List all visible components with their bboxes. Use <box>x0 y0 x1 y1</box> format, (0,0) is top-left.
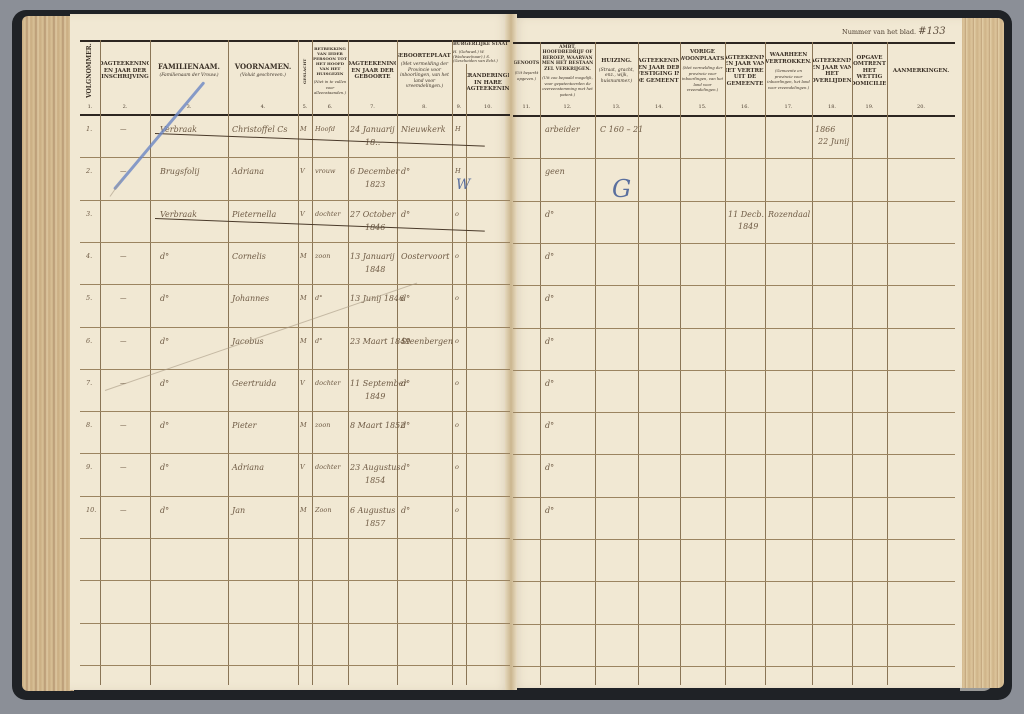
header-col-15: VORIGE WOONPLAATS.(Met vermelding der pr… <box>681 42 724 100</box>
row-line <box>80 242 510 243</box>
col-line <box>150 40 151 685</box>
col-line <box>298 40 299 685</box>
row-line <box>80 538 510 539</box>
colnum: 3. <box>152 104 226 110</box>
header-col-10: VERANDERINGEN IN HARE DAGTEEKENING <box>467 66 509 100</box>
cell-c2: — <box>120 506 127 514</box>
row-line <box>80 665 510 666</box>
cell-c8: d° <box>401 379 410 388</box>
col-line <box>725 42 726 685</box>
row-line <box>513 666 955 667</box>
col-line <box>452 40 453 685</box>
col-line <box>680 42 681 685</box>
header-col-17: WAARHEEN VERTROKKEN.(Gemeente en provinc… <box>766 42 811 100</box>
header-col-14: DAGTEEKENING EN JAAR DER VESTIGING IN DE… <box>639 42 679 100</box>
cell-c7b: 1854 <box>365 476 385 485</box>
colnum: 20. <box>888 104 954 110</box>
cell-c4: Jan <box>232 506 245 515</box>
header-col-11: KERKGENOOTSCHAP.(Uit beperkt opgeven.) <box>514 42 539 100</box>
colnum: 9. <box>453 104 465 110</box>
cell-c9: H <box>455 167 461 175</box>
page-edges-left <box>22 16 74 691</box>
cell-c2: — <box>120 421 127 429</box>
cell-nr: 7. <box>86 379 92 387</box>
page-number-value: #133 <box>918 26 945 37</box>
cell-c17: Rozendaal <box>768 210 810 219</box>
cell-c3: d° <box>160 379 169 388</box>
colnum: 12. <box>541 104 594 110</box>
row-line <box>513 581 955 582</box>
col-line <box>812 42 813 685</box>
row-line <box>513 328 955 329</box>
cell-c9: o <box>455 463 459 471</box>
cell-c9: o <box>455 379 459 387</box>
cell-c9: H <box>455 125 461 133</box>
row-line <box>80 369 510 370</box>
cell-c5: V <box>300 210 305 218</box>
cell-c4: Pieternella <box>232 210 276 219</box>
cell-c16b: 1849 <box>738 222 758 231</box>
cell-c7a: 27 October <box>350 210 395 219</box>
cell-c8: d° <box>401 167 410 176</box>
header-col-20: AANMERKINGEN. <box>888 42 954 100</box>
cell-c7b: 1857 <box>365 519 385 528</box>
row-line <box>80 200 510 201</box>
cell-c8: d° <box>401 294 410 303</box>
col-line <box>595 42 596 685</box>
cell-c8: Steenbergen <box>401 337 453 346</box>
row-line <box>80 623 510 624</box>
cell-c6: d° <box>315 337 322 345</box>
cell-c4: Pieter <box>232 421 256 430</box>
row-line <box>80 411 510 412</box>
cell-c12: d° <box>545 337 554 346</box>
cell-c7b: 1848 <box>365 265 385 274</box>
cell-c7b: 1823 <box>365 180 385 189</box>
colnum: 19. <box>853 104 886 110</box>
colnum: 11. <box>514 104 539 110</box>
cell-nr: 8. <box>86 421 92 429</box>
row-line <box>80 580 510 581</box>
cell-c8: d° <box>401 421 410 430</box>
header-col-16: DAGTEEKENING EN JAAR VAN HET VERTREK UIT… <box>726 42 764 100</box>
row-line <box>80 284 510 285</box>
col-line <box>100 40 101 685</box>
cell-c5: V <box>300 463 305 471</box>
row-line <box>513 539 955 540</box>
colnum: 7. <box>349 104 396 110</box>
colnum: 14. <box>639 104 679 110</box>
cell-c12: d° <box>545 421 554 430</box>
cell-nr: 9. <box>86 463 92 471</box>
row-line <box>513 370 955 371</box>
cell-c2: — <box>120 294 127 302</box>
colnum: 18. <box>813 104 851 110</box>
cell-c2: — <box>120 125 127 133</box>
cell-c6: zoon <box>315 252 330 260</box>
row-line <box>80 157 510 158</box>
cell-c12: geen <box>545 167 565 176</box>
page-number-label: Nummer van het blad. <box>842 28 916 36</box>
cell-c6: dochter <box>315 210 340 218</box>
cell-nr: 10. <box>86 506 96 514</box>
row-line <box>513 497 955 498</box>
right-page <box>510 18 962 688</box>
cell-c8: d° <box>401 210 410 219</box>
row-line <box>513 201 955 202</box>
cell-nr: 4. <box>86 252 92 260</box>
header-col-6: BETREKKING VAN IEDER PERSOON TOT HET HOO… <box>313 42 347 100</box>
header-col-18: DAGTEEKENING EN JAAR VAN HET OVERLIJDEN. <box>813 42 851 100</box>
header-col-12: AMBT, HOOFDBEDRIJF OF BEROEP, WAARVAN ME… <box>541 42 594 100</box>
cell-c12: d° <box>545 379 554 388</box>
colnum: 16. <box>726 104 764 110</box>
cell-c16a: 11 Decb. <box>728 210 764 219</box>
cell-c3: d° <box>160 337 169 346</box>
page-number: Nummer van het blad. #133 <box>842 26 946 37</box>
cell-c4: Cornelis <box>232 252 266 261</box>
cell-c5: M <box>300 294 307 302</box>
colnum: 8. <box>398 104 451 110</box>
cell-c5: M <box>300 252 307 260</box>
cell-c2: — <box>120 337 127 345</box>
header-col-4: VOORNAMEN.(Voluit geschreven.) <box>230 42 296 100</box>
cell-c12: d° <box>545 506 554 515</box>
cell-c5: M <box>300 125 307 133</box>
col-line <box>852 42 853 685</box>
cell-c7a: 11 September <box>350 379 407 388</box>
cell-c3: Brugsfolij <box>160 167 199 176</box>
col-line <box>638 42 639 685</box>
colnum: 13. <box>596 104 637 110</box>
cell-c8: d° <box>401 506 410 515</box>
header-col-5: GESLACHT <box>299 42 311 100</box>
row-line <box>513 454 955 455</box>
row-line <box>513 285 955 286</box>
cell-c3: d° <box>160 506 169 515</box>
cell-c12: d° <box>545 463 554 472</box>
page-edges-right <box>958 18 1004 688</box>
row-line <box>513 243 955 244</box>
cell-c13: C 160 – 21 <box>600 125 643 134</box>
colnum: 15. <box>681 104 724 110</box>
col-line <box>397 40 398 685</box>
cell-c8: Nieuwkerk <box>401 125 446 134</box>
cell-c2: — <box>120 252 127 260</box>
cell-c12: d° <box>545 294 554 303</box>
cell-c5: M <box>300 421 307 429</box>
row-line <box>513 158 955 159</box>
cell-c9: o <box>455 506 459 514</box>
cell-c7b: 1849 <box>365 392 385 401</box>
cell-c4: Christoffel Cs <box>232 125 288 134</box>
cell-c9: o <box>455 421 459 429</box>
cell-c9: o <box>455 252 459 260</box>
cell-c7a: 6 Augustus <box>350 506 395 515</box>
row-line <box>80 496 510 497</box>
cell-c8: d° <box>401 463 410 472</box>
cell-c6: dochter <box>315 379 340 387</box>
cell-c5: V <box>300 379 305 387</box>
col-line <box>887 42 888 685</box>
cell-nr: 3. <box>86 210 92 218</box>
cell-c6: Zoon <box>315 506 332 514</box>
cell-c12: arbeider <box>545 125 580 134</box>
colnum: 1. <box>82 104 98 110</box>
cell-c5: V <box>300 167 305 175</box>
cell-c7a: 13 Januarij <box>350 252 395 261</box>
cell-c12: d° <box>545 210 554 219</box>
cell-c7a: 24 Januarij <box>350 125 395 134</box>
cell-c9: o <box>455 337 459 345</box>
cell-c18b: 22 Junij <box>818 137 849 146</box>
header-col-1: VOLGNOMMER. <box>82 42 98 100</box>
colnum: 17. <box>766 104 811 110</box>
header-col-7: DAGTEEKENING EN JAAR DER GEBOORTE <box>349 42 396 100</box>
cell-c9: o <box>455 294 459 302</box>
cell-c8: Oostervoort <box>401 252 449 261</box>
cell-c4: Adriana <box>232 463 264 472</box>
cell-nr: 5. <box>86 294 92 302</box>
cell-nr: 6. <box>86 337 92 345</box>
header-col-2: DAGTEEKENING EN JAAR DER INSCHRIJVING <box>101 42 149 100</box>
cell-c3: d° <box>160 421 169 430</box>
header-col-13: HUIZING.(Straat, gracht, enz., wijk, hui… <box>596 42 637 100</box>
cell-c6: zoon <box>315 421 330 429</box>
col-line <box>540 42 541 685</box>
row-line <box>513 412 955 413</box>
cell-nr: 1. <box>86 125 92 133</box>
cell-c9b: W <box>456 177 470 193</box>
cell-c4: Geertruida <box>232 379 276 388</box>
cell-c5: M <box>300 337 307 345</box>
header-col-9: BURGERLIJKE STAATH. (Gehuwd.) W. (Weduwe… <box>453 42 509 64</box>
row-line <box>80 327 510 328</box>
cell-c18a: 1866 <box>815 125 835 134</box>
cell-c9: o <box>455 210 459 218</box>
header-col-8: GEBOORTEPLAATS(Met vermelding der Provin… <box>398 42 451 100</box>
colnum: 2. <box>101 104 149 110</box>
cell-nr: 2. <box>86 167 92 175</box>
col-line <box>348 40 349 685</box>
header-col-3: FAMILIENAAM.(Familienaam der Vrouw.) <box>152 42 226 100</box>
cell-c6: d° <box>315 294 322 302</box>
header-bottom-rule-right <box>513 115 955 117</box>
row-line <box>80 453 510 454</box>
cell-c3: d° <box>160 463 169 472</box>
header-col-19: OPGAVE OMTRENT HET WETTIG DOMICILIE. <box>853 42 886 100</box>
cell-c13b: G <box>612 175 631 203</box>
cell-c7a: 6 December <box>350 167 399 176</box>
cell-c4: Johannes <box>232 294 269 303</box>
cell-c3: Verbraak <box>160 210 197 219</box>
cell-c7a: 8 Maart 1852 <box>350 421 405 430</box>
cell-c6: vrouw <box>315 167 335 175</box>
cell-c6: dochter <box>315 463 340 471</box>
cell-c4: Adriana <box>232 167 264 176</box>
col-line <box>765 42 766 685</box>
cell-c12: d° <box>545 252 554 261</box>
colnum: 6. <box>313 104 347 110</box>
header-bottom-rule <box>80 114 510 116</box>
cell-c3: d° <box>160 252 169 261</box>
colnum: 5. <box>299 104 311 110</box>
cell-c6: Hoofd <box>315 125 335 133</box>
colnum: 4. <box>230 104 296 110</box>
cell-c7a: 23 Augustus <box>350 463 401 472</box>
row-line <box>513 624 955 625</box>
cell-c5: M <box>300 506 307 514</box>
cell-c2: — <box>120 463 127 471</box>
cell-c3: d° <box>160 294 169 303</box>
col-line <box>312 40 313 685</box>
colnum: 10. <box>467 104 509 110</box>
